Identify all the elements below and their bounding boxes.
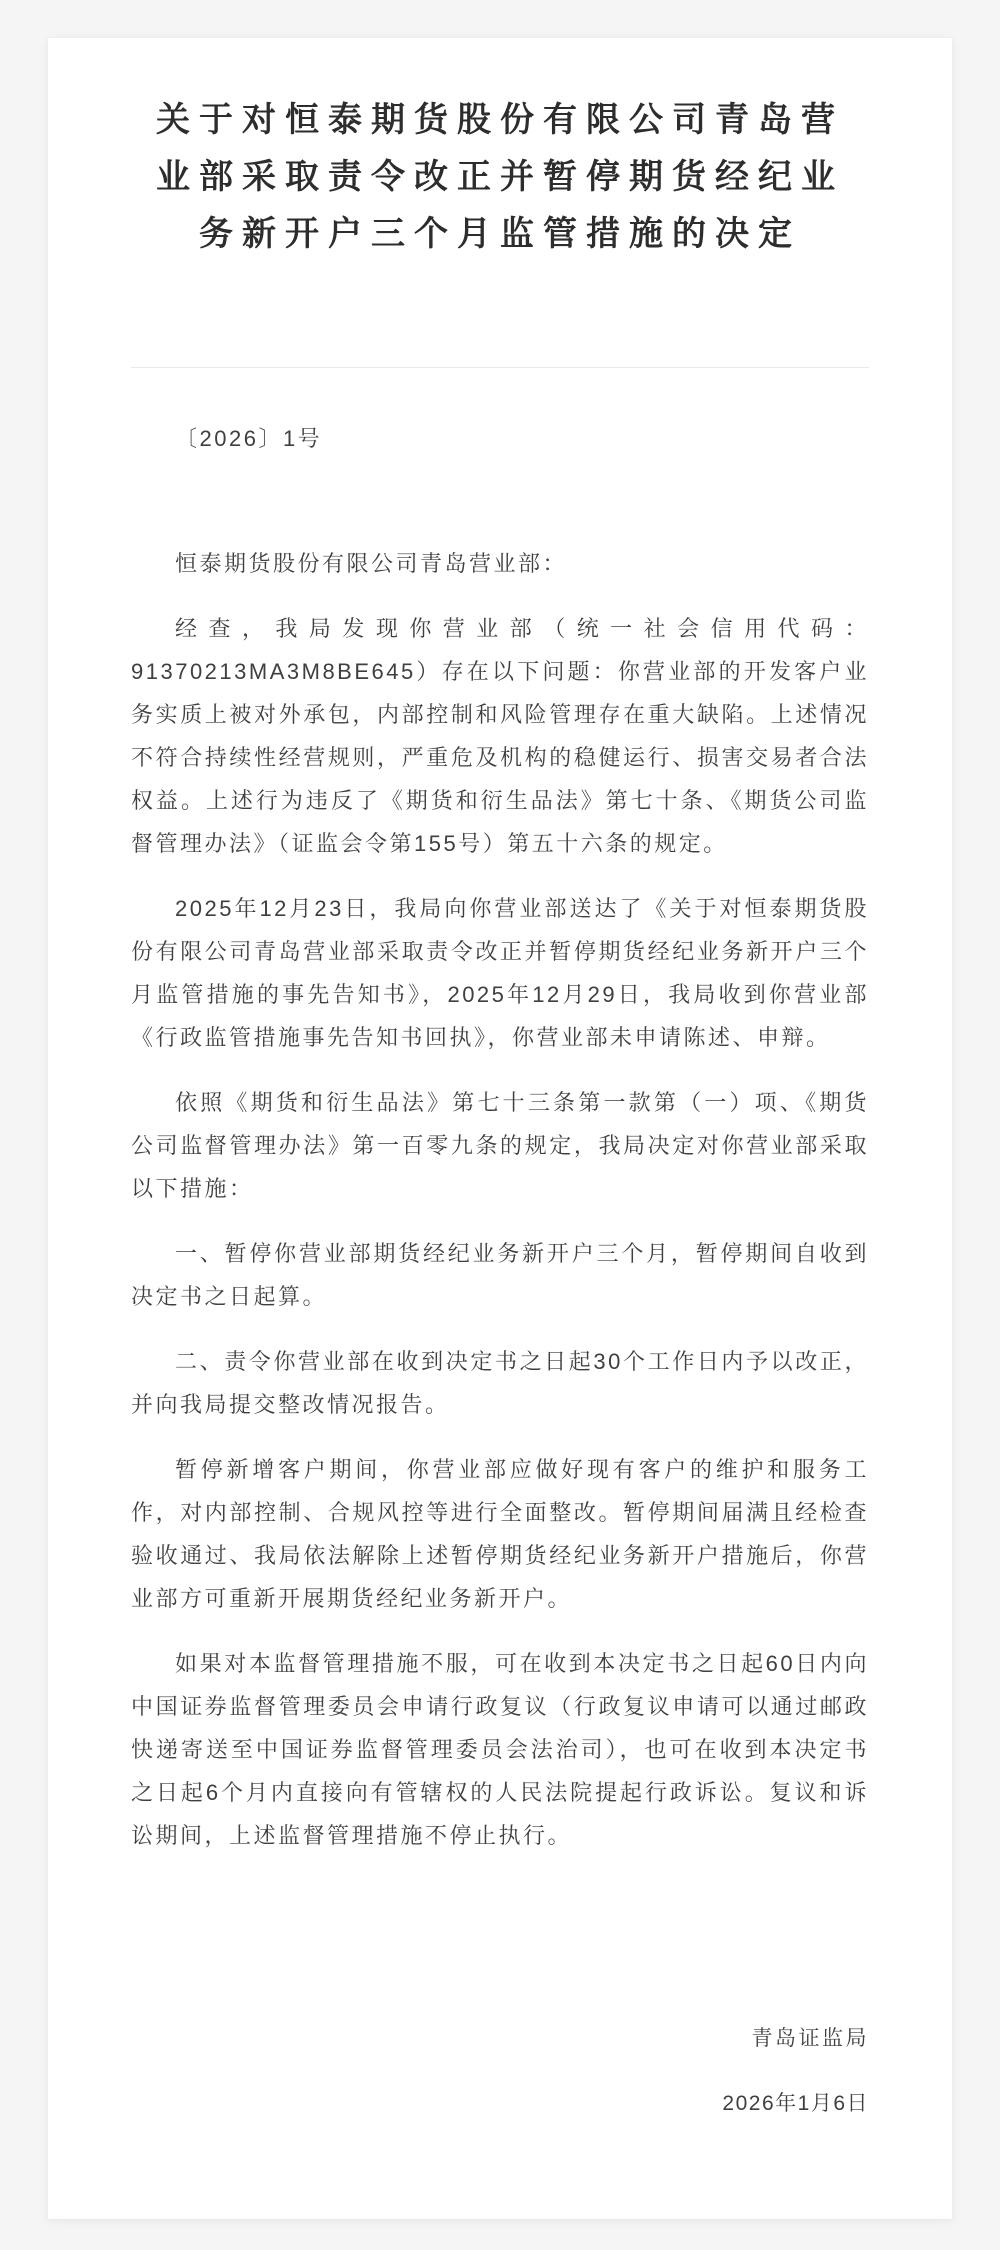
issue-date: 2026年1月6日 (131, 2082, 869, 2125)
document-number: 〔2026〕1号 (131, 417, 869, 460)
document-body: 经查，我局发现你营业部（统一社会信用代码：91370213MA3M8BE645）… (131, 607, 869, 1857)
page-background: 关于对恒泰期货股份有限公司青岛营业部采取责令改正并暂停期货经纪业务新开户三个月监… (0, 0, 1000, 2250)
paragraph: 经查，我局发现你营业部（统一社会信用代码：91370213MA3M8BE645）… (131, 607, 869, 865)
paragraph: 二、责令你营业部在收到决定书之日起30个工作日内予以改正，并向我局提交整改情况报… (131, 1340, 869, 1426)
paragraph: 2025年12月23日，我局向你营业部送达了《关于对恒泰期货股份有限公司青岛营业… (131, 887, 869, 1059)
paragraph: 暂停新增客户期间，你营业部应做好现有客户的维护和服务工作，对内部控制、合规风控等… (131, 1448, 869, 1620)
signature-block: 青岛证监局 2026年1月6日 (131, 2017, 869, 2125)
paragraph: 一、暂停你营业部期货经纪业务新开户三个月，暂停期间自收到决定书之日起算。 (131, 1232, 869, 1318)
paragraph: 如果对本监督管理措施不服，可在收到本决定书之日起60日内向中国证券监督管理委员会… (131, 1642, 869, 1857)
title-divider (131, 367, 869, 368)
document-card: 关于对恒泰期货股份有限公司青岛营业部采取责令改正并暂停期货经纪业务新开户三个月监… (48, 38, 952, 2219)
salutation: 恒泰期货股份有限公司青岛营业部： (131, 542, 869, 585)
document-title: 关于对恒泰期货股份有限公司青岛营业部采取责令改正并暂停期货经纪业务新开户三个月监… (131, 92, 869, 263)
issuer-name: 青岛证监局 (131, 2017, 869, 2060)
paragraph: 依照《期货和衍生品法》第七十三条第一款第（一）项、《期货公司监督管理办法》第一百… (131, 1081, 869, 1210)
